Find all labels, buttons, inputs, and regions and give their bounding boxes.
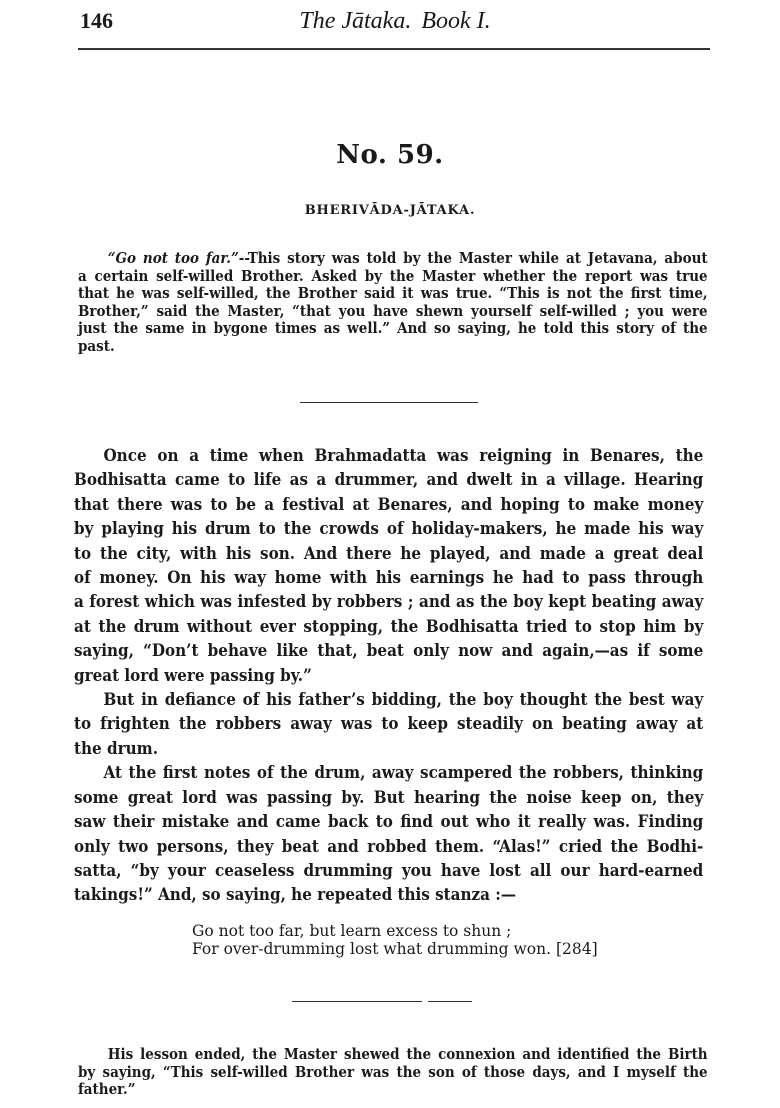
stanza-line: For over-drumming lost what drumming won… [192,940,598,958]
story-line: some great lord was passing by. But hear… [74,786,703,810]
frame-line: past. [78,338,708,356]
story-line: takings!” And, so saying, he repeated th… [74,883,703,907]
frame-line: Brother,” said the Master, “that you hav… [78,303,708,321]
story-line: to the city, with his son. And there he … [74,542,703,566]
story-line: at the drum without ever stopping, the B… [74,615,703,639]
running-title: The Jātaka. [299,8,411,34]
story-line: that there was to be a festival at Benar… [74,493,703,517]
story-line: saying, “Don’t behave like that, beat on… [74,639,703,663]
story-line: Bodhisatta came to life as a drummer, an… [74,468,703,492]
story-line: a forest which was infested by robbers ;… [74,590,703,614]
story-line: only two persons, they beat and robbed t… [74,835,703,859]
end-divider-short [428,1001,472,1002]
story-line: by playing his drum to the crowds of hol… [74,517,703,541]
story-line: of money. On his way home with his earni… [74,566,703,590]
story-title: BHERIVĀDA-JĀTAKA. [0,203,780,218]
story-line: But in defiance of his father’s bidding,… [74,688,703,712]
opening-quote: “Go not too far.” [108,250,239,267]
story-line: to frighten the robbers away was to keep… [74,712,703,736]
story-line: the drum. [74,737,703,761]
closing-paragraph: His lesson ended, the Master shewed the … [78,1046,708,1099]
running-head: The Jātaka.Book I. [0,8,780,35]
story-line: Once on a time when Brahmadatta was reig… [74,444,703,468]
frame-line: a certain self-willed Brother. Asked by … [78,268,708,286]
frame-line: just the same in bygone times as well.” … [78,320,708,338]
story-line: saw their mistake and came back to find … [74,810,703,834]
stanza-line: Go not too far, but learn excess to shun… [192,922,598,940]
story-line: great lord were passing by.” [74,664,703,688]
main-story: Once on a time when Brahmadatta was reig… [74,444,703,908]
frame-line: that he was self-willed, the Brother sai… [78,285,708,303]
closing-line: by saying, “This self-willed Brother was… [78,1064,708,1082]
end-divider-long [292,1001,422,1002]
running-book: Book I. [421,8,490,34]
story-number: No. 59. [0,140,780,170]
closing-line: His lesson ended, the Master shewed the … [78,1046,708,1064]
story-line: At the first notes of the drum, away sca… [74,761,703,785]
stanza: Go not too far, but learn excess to shun… [192,922,598,958]
story-line: satta, “by your ceaseless drumming you h… [74,859,703,883]
frame-story: “Go not too far.”--This story was told b… [78,250,708,355]
frame-line: “Go not too far.”--This story was told b… [78,250,708,268]
header-rule [78,48,710,50]
closing-line: father.” [78,1081,708,1099]
section-divider [300,402,478,403]
